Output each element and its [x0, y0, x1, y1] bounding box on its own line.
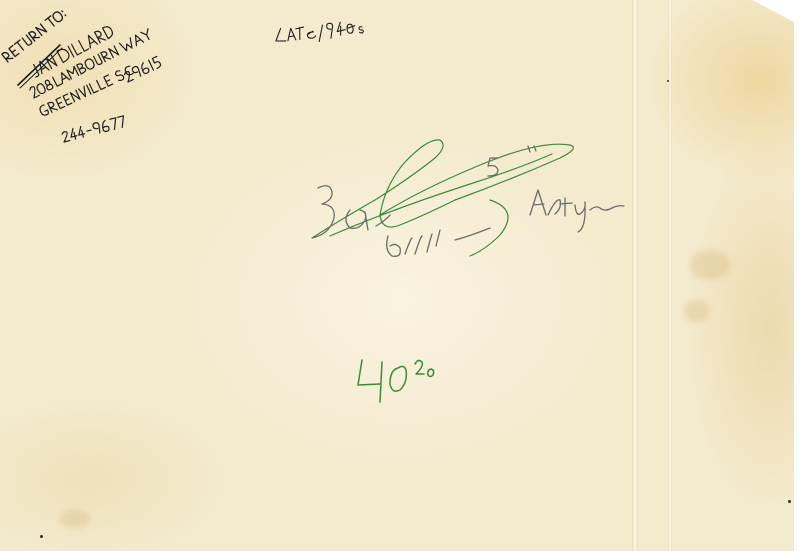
pencil-signature	[312, 146, 624, 256]
address-handwriting	[29, 24, 161, 142]
date-handwriting	[275, 20, 364, 46]
handwriting-layer	[0, 0, 800, 551]
green-scribble	[312, 140, 573, 256]
percentage-handwriting	[358, 360, 434, 402]
return-to-handwriting	[2, 9, 66, 88]
